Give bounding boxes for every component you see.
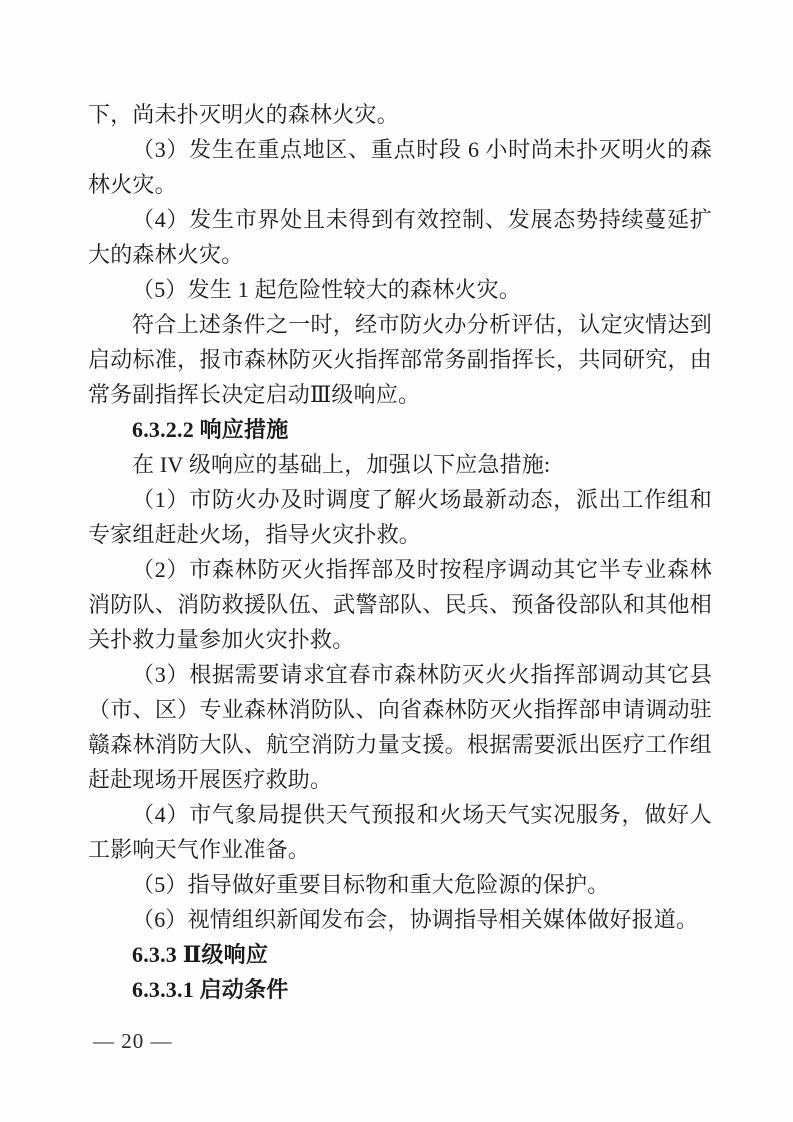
document-body: 下，尚未扑灭明火的森林火灾。（3）发生在重点地区、重点时段 6 小时尚未扑灭明火… bbox=[88, 97, 712, 1007]
paragraph: 在 IV 级响应的基础上，加强以下应急措施: bbox=[88, 447, 712, 482]
paragraph: （4）市气象局提供天气预报和火场天气实况服务，做好人工影响天气作业准备。 bbox=[88, 797, 712, 867]
paragraph: （2）市森林防灭火指挥部及时按程序调动其它半专业森林消防队、消防救援队伍、武警部… bbox=[88, 552, 712, 657]
paragraph: （4）发生市界处且未得到有效控制、发展态势持续蔓延扩大的森林火灾。 bbox=[88, 202, 712, 272]
paragraph: （3）根据需要请求宜春市森林防灭火火指挥部调动其它县（市、区）专业森林消防队、向… bbox=[88, 657, 712, 797]
section-heading: 6.3.2.2 响应措施 bbox=[88, 412, 712, 447]
paragraph: （3）发生在重点地区、重点时段 6 小时尚未扑灭明火的森林火灾。 bbox=[88, 132, 712, 202]
paragraph: （6）视情组织新闻发布会，协调指导相关媒体做好报道。 bbox=[88, 902, 712, 937]
section-heading: 6.3.3 Ⅱ级响应 bbox=[88, 937, 712, 972]
paragraph: （5）发生 1 起危险性较大的森林火灾。 bbox=[88, 272, 712, 307]
document-page: 下，尚未扑灭明火的森林火灾。（3）发生在重点地区、重点时段 6 小时尚未扑灭明火… bbox=[0, 0, 793, 1122]
paragraph: 符合上述条件之一时，经市防火办分析评估，认定灾情达到启动标准，报市森林防灭火指挥… bbox=[88, 307, 712, 412]
paragraph: 下，尚未扑灭明火的森林火灾。 bbox=[88, 97, 712, 132]
paragraph: （1）市防火办及时调度了解火场最新动态，派出工作组和专家组赶赴火场，指导火灾扑救… bbox=[88, 482, 712, 552]
paragraph: （5）指导做好重要目标物和重大危险源的保护。 bbox=[88, 867, 712, 902]
page-number-footer: — 20 — bbox=[93, 1029, 173, 1053]
section-heading: 6.3.3.1 启动条件 bbox=[88, 972, 712, 1007]
